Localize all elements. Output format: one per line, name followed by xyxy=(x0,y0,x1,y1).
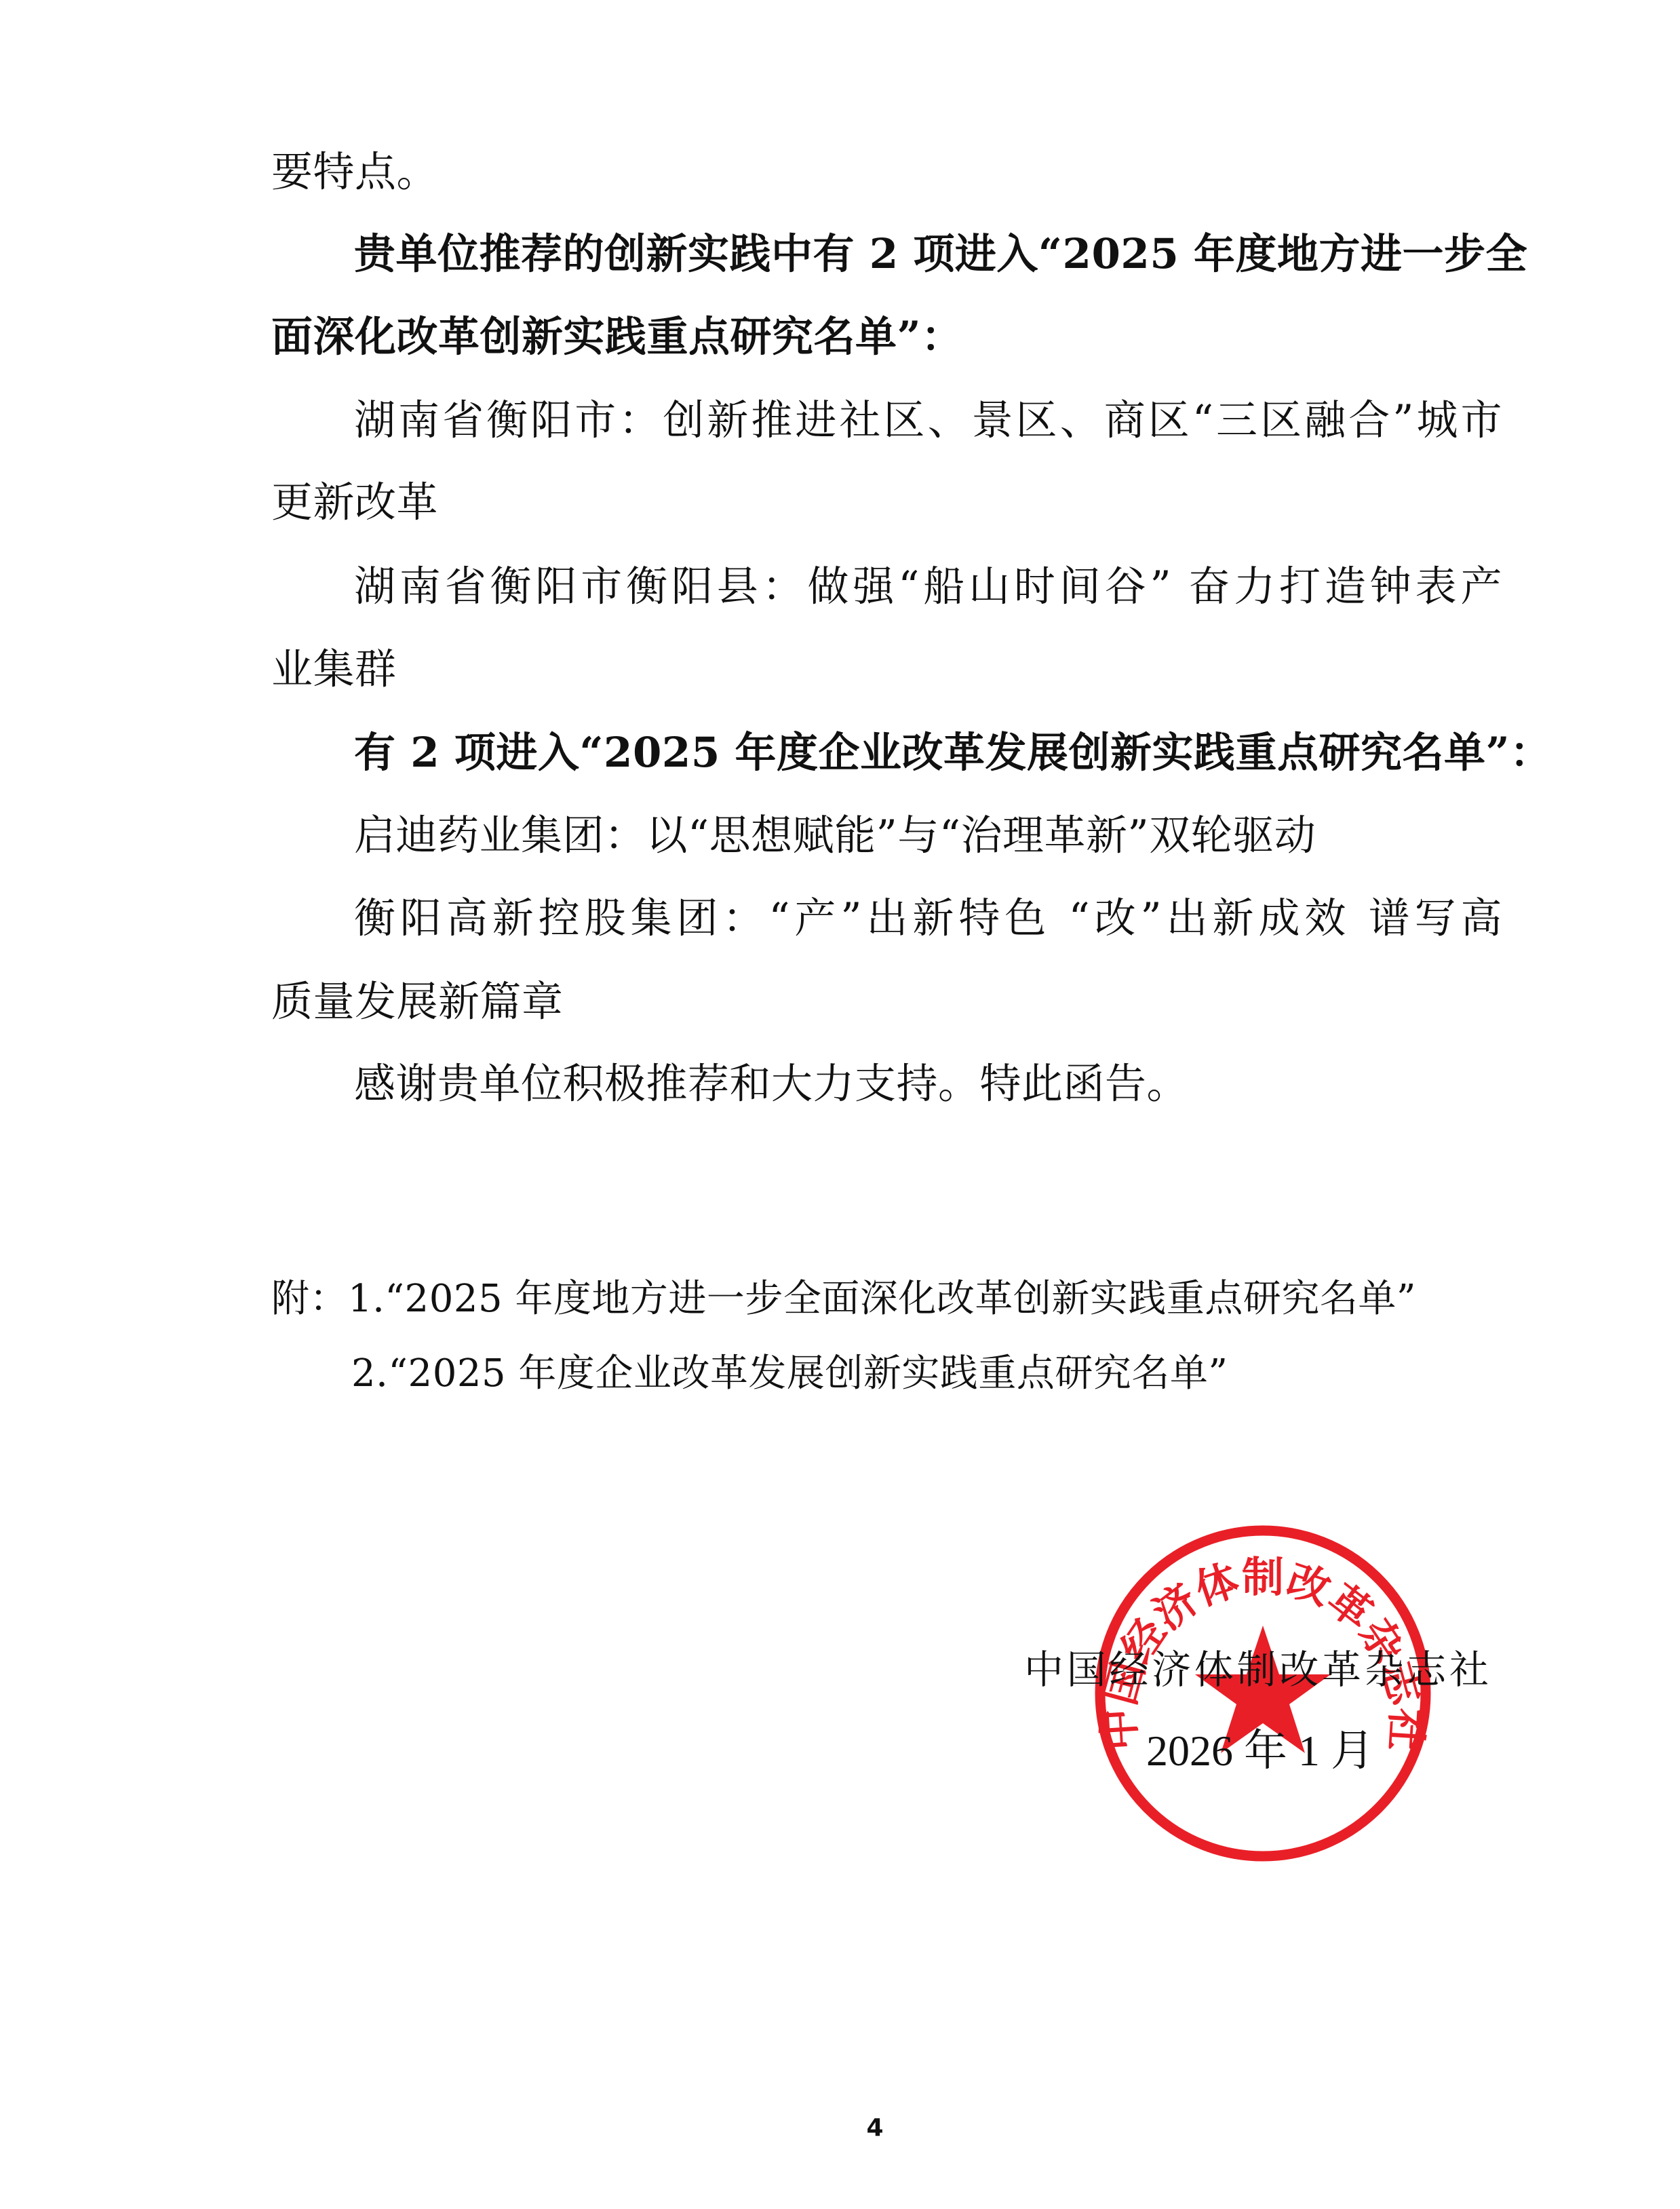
body-line: 启迪药业集团：以“思想赋能”与“治理革新”双轮驱动 xyxy=(354,809,1502,863)
body-line: 感谢贵单位积极推荐和大力支持。特此函告。 xyxy=(354,1057,1502,1111)
attachment-line-1: 附：1.“2025 年度地方进一步全面深化改革创新实践重点研究名单” xyxy=(271,1272,1502,1326)
body-line: 业集群 xyxy=(271,642,1502,697)
signature-date: 2026 年 1 月 xyxy=(1146,1727,1374,1775)
signature-organization: 中国经济体制改革杂志社 xyxy=(1024,1643,1489,1697)
body-line: 更新改革 xyxy=(271,476,1502,530)
attachment-line-2: 2.“2025 年度企业改革发展创新实践重点研究名单” xyxy=(351,1347,1582,1401)
document-page: 要特点。贵单位推荐的创新实践中有 2 项进入“2025 年度地方进一步全面深化改… xyxy=(0,0,1680,2209)
body-line: 要特点。 xyxy=(271,145,1502,199)
page-number: 4 xyxy=(861,2111,888,2145)
body-line: 面深化改革创新实践重点研究名单”： xyxy=(271,310,1502,364)
body-line: 衡阳高新控股集团：“产”出新特色 “改”出新成效 谱写高 xyxy=(354,891,1502,946)
body-line: 湖南省衡阳市：创新推进社区、景区、商区“三区融合”城市 xyxy=(354,393,1502,448)
body-line: 有 2 项进入“2025 年度企业改革发展创新实践重点研究名单”： xyxy=(354,726,1502,780)
body-line: 质量发展新篇章 xyxy=(271,975,1502,1029)
body-line: 贵单位推荐的创新实践中有 2 项进入“2025 年度地方进一步全 xyxy=(354,227,1502,282)
body-line: 湖南省衡阳市衡阳县：做强“船山时间谷” 奋力打造钟表产 xyxy=(354,560,1502,614)
